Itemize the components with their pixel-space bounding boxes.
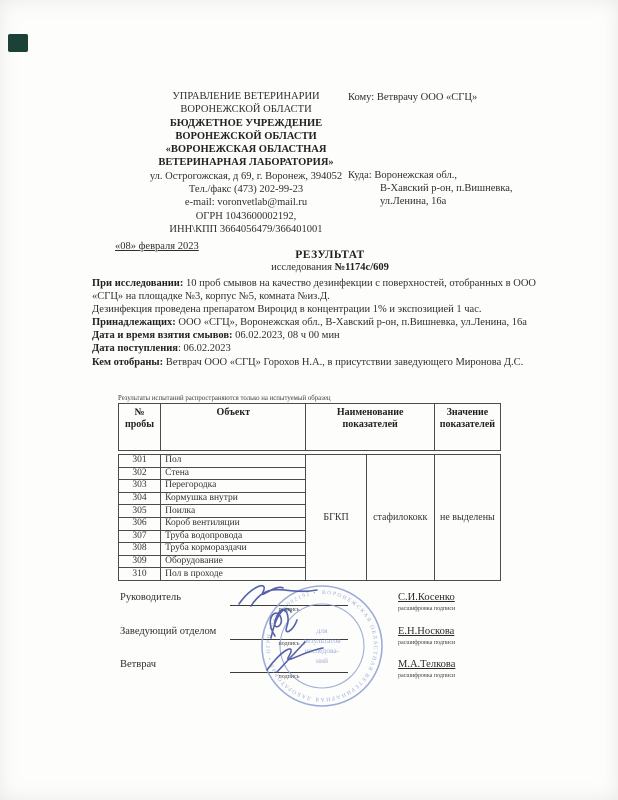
signature-ink-vet (267, 642, 323, 672)
org-line: «ВОРОНЕЖСКАЯ ОБЛАСТНАЯ (100, 143, 392, 156)
subtitle-prefix: исследования (271, 262, 334, 273)
org-inn-kpp: ИНН\КПП 3664056479/366401001 (100, 223, 392, 236)
col-header-indicator-value: Значение показателей (434, 404, 500, 451)
results-table: № пробы Объект Наименование показателей … (118, 403, 501, 581)
sample-object: Оборудование (161, 555, 306, 568)
indicator-staph: стафилококк (366, 455, 434, 581)
document-subtitle: исследования №1174с/609 (100, 262, 560, 273)
paragraph-text: ООО «СГЦ», Воронежская обл., В-Хавский р… (176, 317, 527, 328)
sample-object: Пол (161, 455, 306, 468)
sample-no: 310 (119, 568, 161, 581)
sample-no: 304 (119, 492, 161, 505)
paragraph-owner: Принадлежащих: ООО «СГЦ», Воронежская об… (92, 316, 536, 329)
recipient-where: Куда: Воронежская обл., В-Хавский р-он, … (348, 169, 543, 208)
sample-no: 301 (119, 455, 161, 468)
sample-no: 309 (119, 555, 161, 568)
document-title: РЕЗУЛЬТАТ (100, 249, 560, 261)
sample-object: Перегородка (161, 480, 306, 493)
sample-no: 306 (119, 517, 161, 530)
paragraph-sampled-by: Кем отобраны: Ветврач ООО «СГЦ» Горохов … (92, 356, 536, 369)
sample-object: Короб вентиляции (161, 517, 306, 530)
signature-ink-director (239, 586, 317, 606)
sample-no: 305 (119, 505, 161, 518)
paragraph-label: Дата поступления (92, 343, 178, 354)
sample-no: 307 (119, 530, 161, 543)
paragraph-label: Кем отобраны: (92, 357, 163, 368)
col-header-object: Объект (161, 404, 306, 451)
handwritten-signatures (225, 570, 410, 710)
org-line: ВОРОНЕЖСКОЙ ОБЛАСТИ (100, 103, 392, 116)
sample-no: 303 (119, 480, 161, 493)
table-row: 301 Пол БГКП стафилококк не выделены (119, 455, 501, 468)
scan-marker-square (8, 34, 28, 52)
paragraph-text: Ветврач ООО «СГЦ» Горохов Н.А., в присут… (163, 357, 523, 368)
sample-object: Стена (161, 467, 306, 480)
org-ogrn: ОГРН 1043600002192, (100, 210, 392, 223)
where-line: В-Хавский р-он, п.Вишневка, (380, 182, 543, 195)
indicator-value: не выделены (434, 455, 500, 581)
paragraph-label: При исследовании: (92, 278, 183, 289)
results-table-body: 301 Пол БГКП стафилококк не выделены 302… (118, 454, 501, 581)
paragraph-text: : 06.02.2023 (178, 343, 231, 354)
sample-object: Труба кормораздачи (161, 543, 306, 556)
paragraph-sampling-datetime: Дата и время взятия смывов: 06.02.2023, … (92, 329, 536, 342)
where-line: Куда: Воронежская обл., (348, 169, 543, 182)
paragraph-label: Дата и время взятия смывов: (92, 330, 233, 341)
sample-object: Кормушка внутри (161, 492, 306, 505)
col-header-sample-no: № пробы (119, 404, 161, 451)
paragraph-disinfection: Дезинфекция проведена препаратом Вироцид… (92, 303, 536, 316)
sample-no: 302 (119, 467, 161, 480)
org-header-block: УПРАВЛЕНИЕ ВЕТЕРИНАРИИ ВОРОНЕЖСКОЙ ОБЛАС… (100, 90, 392, 236)
recipient-to: Кому: Ветврачу ООО «СГЦ» (348, 91, 538, 104)
paragraph-received-date: Дата поступления: 06.02.2023 (92, 342, 536, 355)
signature-ink-head-of-dept (270, 609, 297, 638)
document-body: При исследовании: 10 проб смывов на каче… (92, 277, 536, 369)
results-table-header: № пробы Объект Наименование показателей … (118, 403, 501, 451)
study-number: №1174с/609 (335, 262, 389, 273)
sample-no: 308 (119, 543, 161, 556)
paragraph-label: Принадлежащих: (92, 317, 176, 328)
col-header-indicator-name: Наименование показателей (306, 404, 434, 451)
sample-object: Поилка (161, 505, 306, 518)
paragraph-study: При исследовании: 10 проб смывов на каче… (92, 277, 536, 303)
org-line: ВЕТЕРИНАРНАЯ ЛАБОРАТОРИЯ» (100, 156, 392, 169)
org-line: ВОРОНЕЖСКОЙ ОБЛАСТИ (100, 130, 392, 143)
paragraph-text: 06.02.2023, 08 ч 00 мин (233, 330, 340, 341)
indicator-bgkp: БГКП (306, 455, 366, 581)
where-line: ул.Ленина, 16а (380, 195, 543, 208)
sample-object: Труба водопровода (161, 530, 306, 543)
table-disclaimer: Результаты испытаний распространяются то… (118, 395, 330, 402)
scanned-document-page: УПРАВЛЕНИЕ ВЕТЕРИНАРИИ ВОРОНЕЖСКОЙ ОБЛАС… (0, 0, 618, 800)
org-line: БЮДЖЕТНОЕ УЧРЕЖДЕНИЕ (100, 117, 392, 130)
paragraph-text: Дезинфекция проведена препаратом Вироцид… (92, 304, 482, 315)
